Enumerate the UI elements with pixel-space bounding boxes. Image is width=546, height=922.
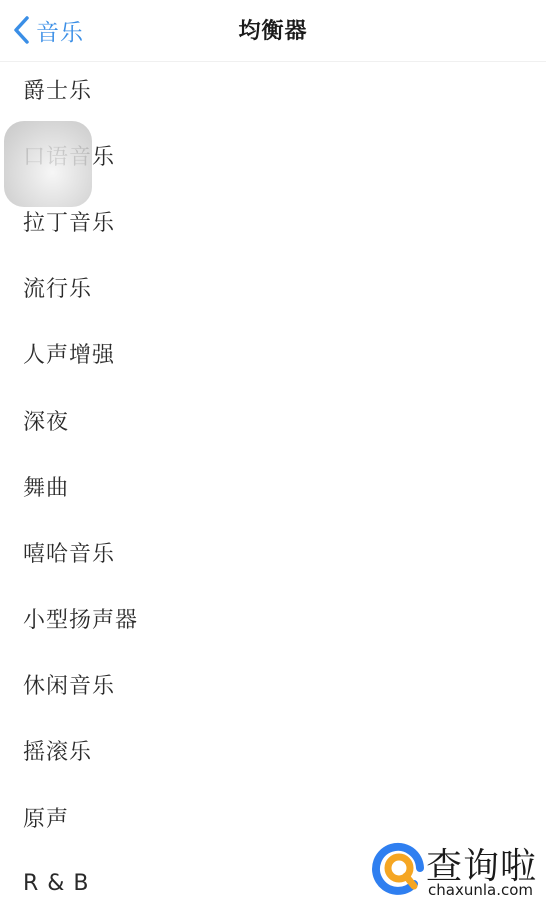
preset-item[interactable]: 嘻哈音乐 [0,519,546,585]
preset-label: 舞曲 [23,471,69,502]
preset-label: 原声 [23,802,69,833]
preset-item[interactable]: 人声增强 [0,321,546,387]
preset-item[interactable]: 流行乐 [0,255,546,321]
assistive-touch-button[interactable] [4,121,92,207]
preset-item[interactable]: 深夜 [0,387,546,453]
preset-item[interactable]: 摇滚乐 [0,718,546,784]
magnifier-logo-icon [370,838,430,898]
watermark-domain: chaxunla.com [428,881,533,899]
preset-label: 摇滚乐 [23,735,92,766]
preset-item[interactable]: 小型扬声器 [0,586,546,652]
preset-item[interactable]: 爵士乐 [0,56,546,122]
preset-label: 流行乐 [23,272,92,303]
navigation-bar: 音乐 均衡器 [0,0,546,62]
page-title: 均衡器 [0,14,546,45]
preset-item[interactable]: 休闲音乐 [0,652,546,718]
preset-item[interactable]: 舞曲 [0,453,546,519]
preset-label: R & B [23,871,90,896]
preset-label: 人声增强 [23,338,115,369]
preset-label: 休闲音乐 [23,669,115,700]
watermark: 查询啦 chaxunla.com [370,838,540,900]
preset-label: 小型扬声器 [23,603,138,634]
preset-label: 爵士乐 [23,74,92,105]
preset-label: 拉丁音乐 [23,206,115,237]
preset-label: 深夜 [23,405,69,436]
preset-label: 嘻哈音乐 [23,537,115,568]
